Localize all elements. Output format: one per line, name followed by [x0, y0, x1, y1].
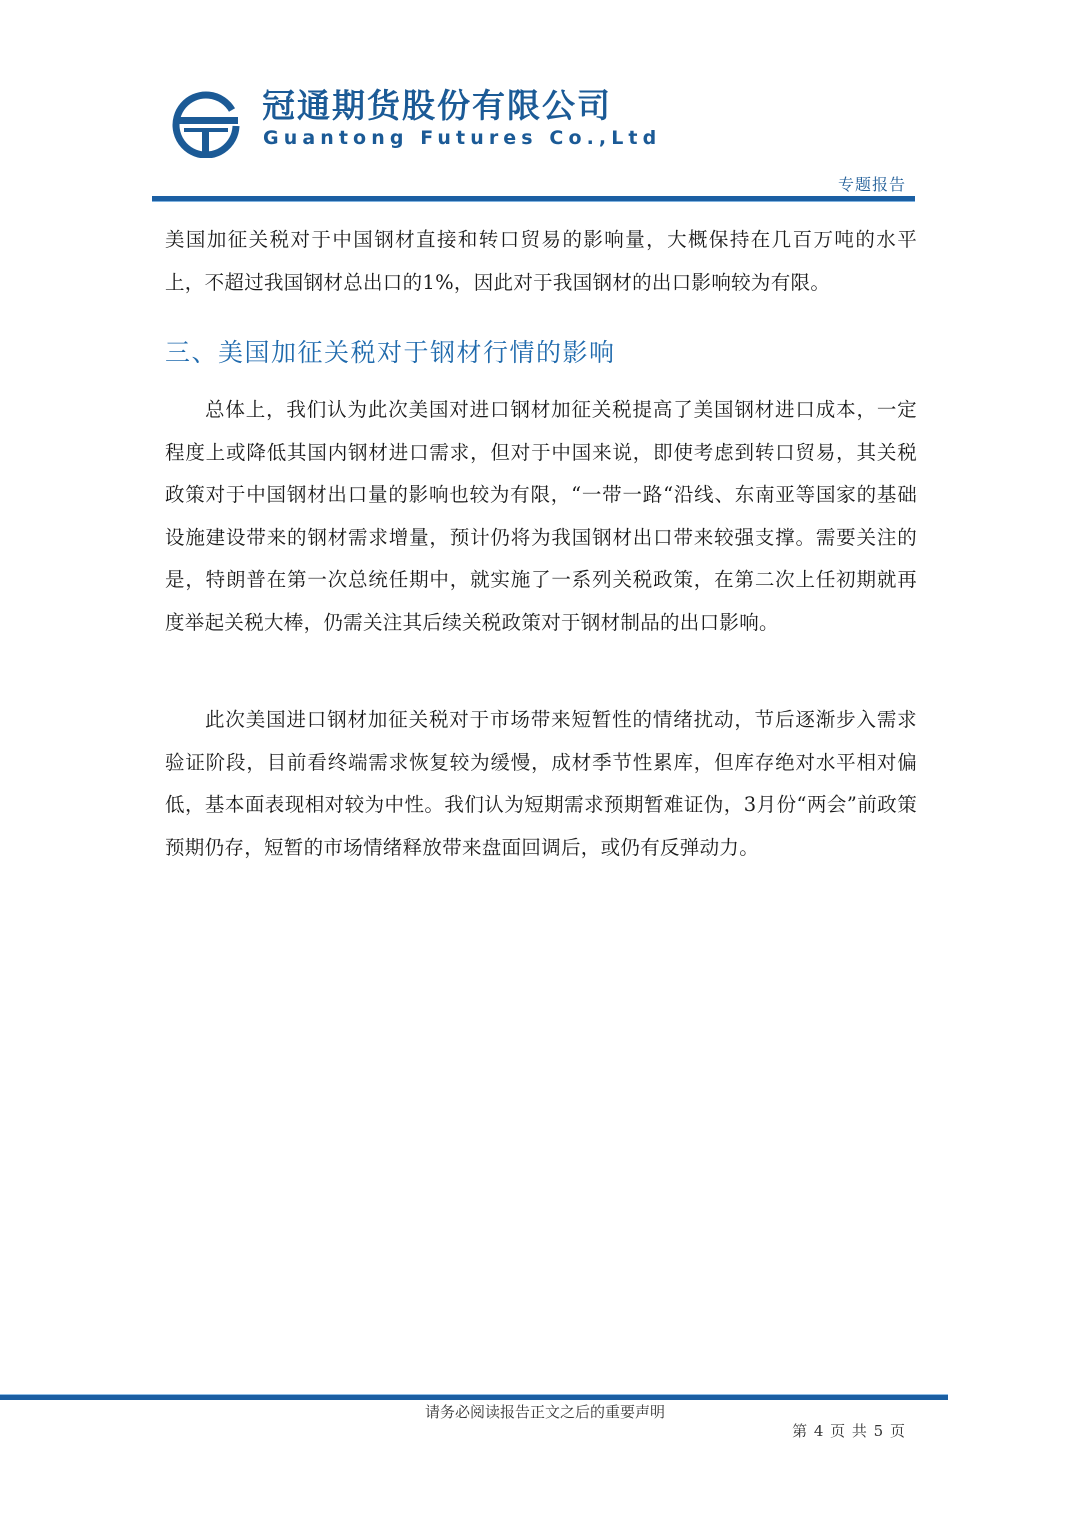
body-paragraph: 总体上，我们认为此次美国对进口钢材加征关税提高了美国钢材进口成本，一定程度上或降…	[165, 389, 917, 644]
footer-divider	[0, 1394, 948, 1400]
body-paragraph: 美国加征关税对于中国钢材直接和转口贸易的影响量，大概保持在几百万吨的水平上，不超…	[165, 219, 917, 304]
company-name-cn: 冠通期货股份有限公司	[262, 86, 612, 126]
body-paragraph: 此次美国进口钢材加征关税对于市场带来短暂性的情绪扰动，节后逐渐步入需求验证阶段，…	[165, 699, 917, 869]
report-type-label: 专题报告	[838, 175, 906, 195]
page-number: 第 4 页 共 5 页	[792, 1421, 906, 1441]
company-logo	[170, 86, 242, 158]
company-name-en: Guantong Futures Co.,Ltd	[263, 126, 661, 150]
guantong-logo-icon	[170, 86, 242, 158]
section-heading: 三、美国加征关税对于钢材行情的影响	[165, 333, 616, 373]
header-divider	[152, 196, 915, 202]
footer-disclaimer: 请务必阅读报告正文之后的重要声明	[0, 1402, 1080, 1422]
